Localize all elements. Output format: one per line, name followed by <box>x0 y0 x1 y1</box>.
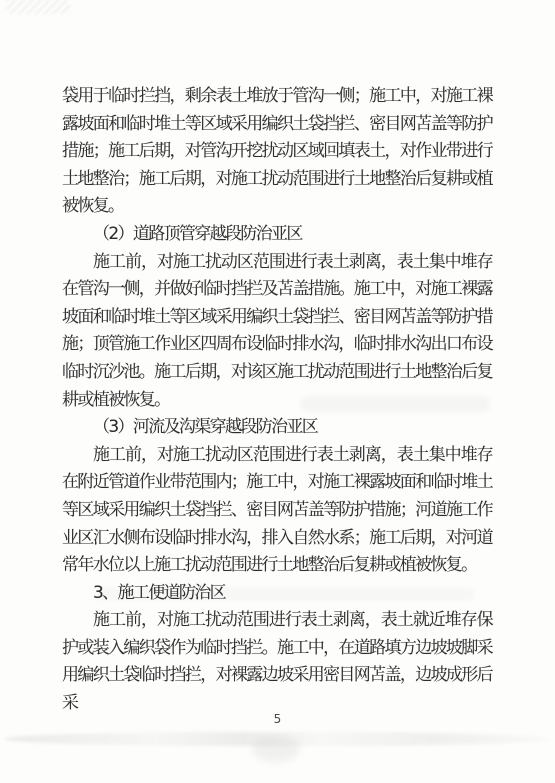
page-footer: 5 <box>0 708 555 727</box>
section-heading-access-road: 3、施工便道防治区 <box>62 580 492 608</box>
page-number: 5 <box>274 712 282 726</box>
subsection-heading-3: （3）河流及沟渠穿越段防治亚区 <box>62 414 492 442</box>
paragraph-river-crossing: 施工前，对施工扰动区范围进行表土剥离，表土集中堆存在附近管道作业带范围内；施工中… <box>62 442 492 580</box>
paragraph-road-jacking: 施工前，对施工扰动区范围进行表土剥离，表土集中堆存在管沟一侧，并做好临时挡拦及苫… <box>62 249 492 415</box>
scan-smudge-bottom-blob <box>252 736 300 762</box>
paragraph-access-road: 施工前，对施工扰动范围进行表土剥离，表土就近堆存保护或装入编织袋作为临时挡拦。施… <box>62 607 492 717</box>
page-body-text: 袋用于临时拦挡，剩余表土堆放于管沟一侧；施工中，对施工裸露坡面和临时堆土等区域采… <box>62 83 492 718</box>
document-page: 袋用于临时拦挡，剩余表土堆放于管沟一侧；施工中，对施工裸露坡面和临时堆土等区域采… <box>0 0 555 783</box>
paragraph-continuation: 袋用于临时拦挡，剩余表土堆放于管沟一侧；施工中，对施工裸露坡面和临时堆土等区域采… <box>62 83 492 221</box>
scan-smudge-top-left <box>6 0 70 14</box>
scan-smudge-bottom-band <box>4 732 550 746</box>
subsection-heading-2: （2）道路顶管穿越段防治亚区 <box>62 221 492 249</box>
